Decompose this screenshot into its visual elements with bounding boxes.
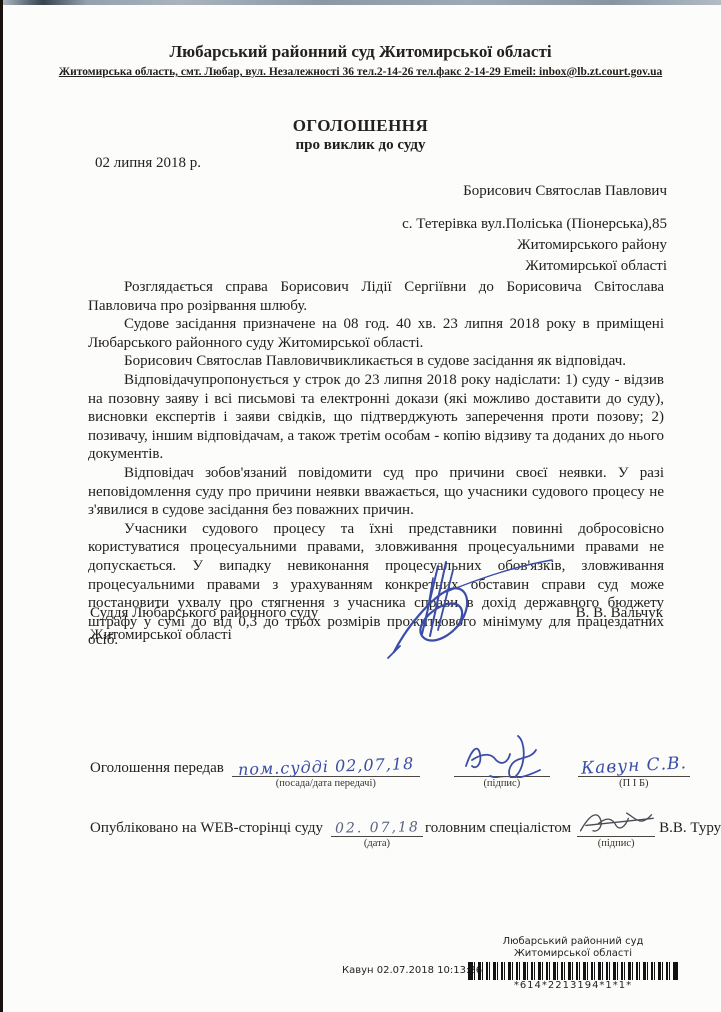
publish-specialist-name: В.В. Турук bbox=[659, 820, 721, 837]
document-body: Розглядається справа Борисович Лідії Сер… bbox=[88, 278, 664, 650]
stamp-operator-datetime: Кавун 02.07.2018 10:13:26 bbox=[342, 962, 468, 977]
stamp-court-line: Любарський районний суд bbox=[468, 936, 678, 948]
position-date-field: пом.судді 02,07,18 (посада/дата передачі… bbox=[232, 756, 420, 777]
position-date-caption: (посада/дата передачі) bbox=[212, 778, 440, 789]
handover-signature-ink bbox=[462, 732, 542, 778]
publish-label: Опубліковано на WEB-сторінці суду bbox=[90, 820, 323, 837]
publish-signature-field: (підпис) bbox=[577, 804, 655, 837]
publish-signature-caption: (підпис) bbox=[557, 838, 675, 849]
handover-signature-caption: (підпис) bbox=[434, 778, 570, 789]
handover-name-caption: (П І Б) bbox=[558, 778, 710, 789]
publish-label-middle: головним спеціалістом bbox=[425, 820, 571, 837]
body-paragraph: Борисович Святослав Павловичвикликається… bbox=[88, 352, 664, 371]
judge-signature-row: Суддя Любарського районного суду Житомир… bbox=[90, 603, 663, 646]
stamp-court-line: Житомирської області bbox=[468, 948, 678, 960]
body-paragraph: Судове засідання призначене на 08 год. 4… bbox=[88, 315, 664, 352]
judge-title-line: Житомирської області bbox=[90, 625, 318, 647]
addressee-name: Борисович Святослав Павлович bbox=[402, 181, 667, 202]
judge-title-block: Суддя Любарського районного суду Житомир… bbox=[90, 603, 318, 646]
publish-date-caption: (дата) bbox=[311, 838, 443, 849]
addressee-address-line: Житомирської області bbox=[402, 256, 667, 277]
barcode-block: *614*2213194*1*1* bbox=[468, 962, 678, 992]
handover-name-field: Кавун С.В. (П І Б) bbox=[578, 756, 690, 777]
document-header: Любарський районний суд Житомирської обл… bbox=[10, 42, 711, 78]
body-paragraph: Відповідач зобов'язаний повідомити суд п… bbox=[88, 464, 664, 520]
body-paragraph: Розглядається справа Борисович Лідії Сер… bbox=[88, 278, 664, 315]
barcode-text: *614*2213194*1*1* bbox=[468, 980, 678, 992]
handwritten-name: Кавун С.В. bbox=[580, 753, 687, 779]
publish-date-field: 02. 07,18 (дата) bbox=[331, 816, 423, 837]
document-date: 02 липня 2018 р. bbox=[95, 155, 201, 172]
judge-name: В. В. Вальчук bbox=[576, 603, 663, 646]
addressee-address-line: с. Тетерівка вул.Поліська (Піонерська),8… bbox=[402, 214, 667, 235]
judge-title-line: Суддя Любарського районного суду bbox=[90, 603, 318, 625]
scan-artifact-top-band bbox=[0, 0, 721, 5]
handover-signature-field: (підпис) bbox=[454, 732, 550, 777]
handover-label: Оголошення передав bbox=[90, 760, 224, 777]
document-subtitle: про виклик до суду bbox=[0, 137, 721, 154]
handover-row: Оголошення передав пом.судді 02,07,18 (п… bbox=[90, 732, 690, 777]
stamp-row: Кавун 02.07.2018 10:13:26 *614*2213194*1… bbox=[342, 962, 688, 992]
document-title: ОГОЛОШЕННЯ bbox=[0, 116, 721, 136]
barcode bbox=[468, 962, 678, 980]
scanned-court-document: Любарський районний суд Житомирської обл… bbox=[0, 0, 721, 1012]
court-address-line: Житомирська область, смт. Любар, вул. Не… bbox=[10, 66, 711, 78]
publish-row: Опубліковано на WEB-сторінці суду 02. 07… bbox=[90, 804, 721, 837]
addressee-block: Борисович Святослав Павлович с. Тетерівк… bbox=[402, 181, 667, 277]
court-name: Любарський районний суд Житомирської обл… bbox=[10, 42, 711, 62]
addressee-address-line: Житомирського району bbox=[402, 235, 667, 256]
handwritten-position-date: пом.судді 02,07,18 bbox=[237, 754, 414, 779]
handwritten-publish-date: 02. 07,18 bbox=[334, 819, 419, 836]
document-title-block: ОГОЛОШЕННЯ про виклик до суду bbox=[0, 116, 721, 154]
body-paragraph: Відповідачупропонується у строк до 23 ли… bbox=[88, 371, 664, 464]
registration-stamp: Любарський районний суд Житомирської обл… bbox=[342, 936, 688, 992]
stamp-court-block: Любарський районний суд Житомирської обл… bbox=[468, 936, 678, 960]
judge-signature-ink bbox=[386, 550, 561, 662]
publish-signature-ink bbox=[577, 804, 655, 838]
